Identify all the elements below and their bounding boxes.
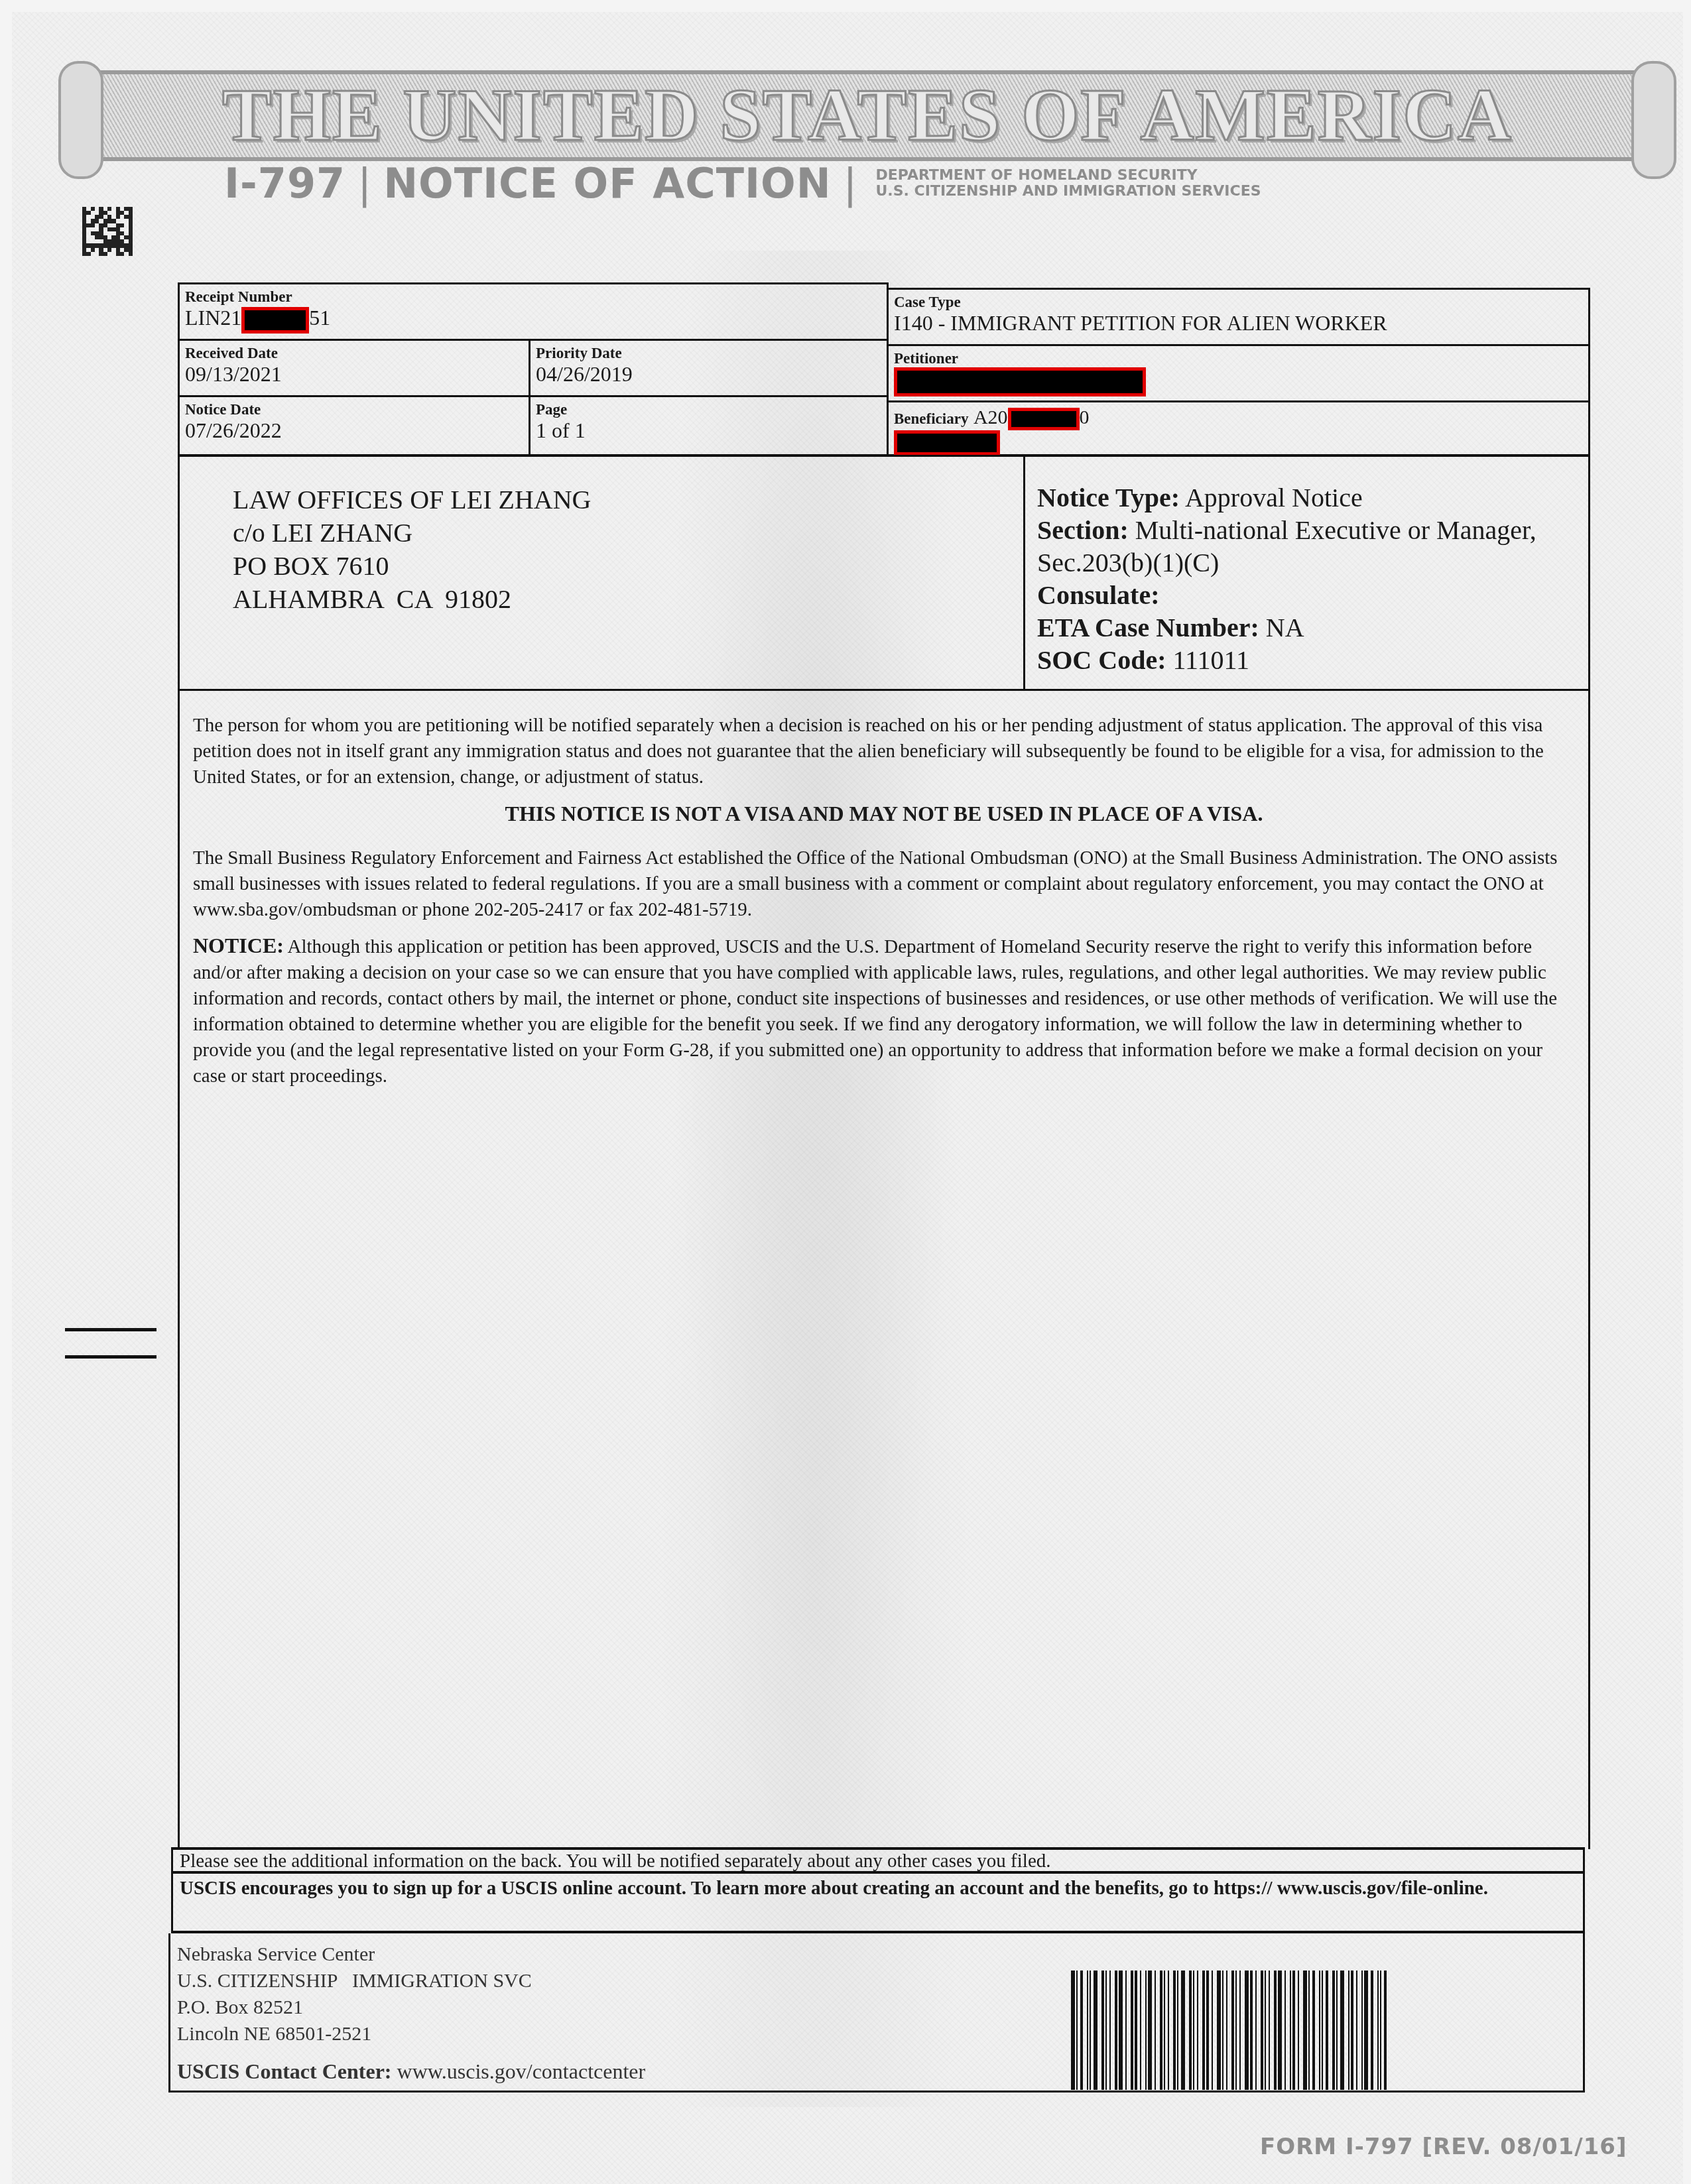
redaction-box (241, 307, 309, 334)
beneficiary-cell: Beneficiary A200 (887, 400, 1590, 456)
scroll-ornament-icon (58, 61, 103, 179)
notice-details: Notice Type: Approval Notice Section: Mu… (1023, 455, 1594, 691)
notice-page: THE UNITED STATES OF AMERICA I-797 | NOT… (12, 12, 1683, 2184)
ombudsman-paragraph: The Small Business Regulatory Enforcemen… (193, 845, 1579, 923)
soc-code: SOC Code: 111011 (1037, 644, 1594, 676)
address-line: c/o LEI ZHANG (233, 516, 592, 550)
section-line2: Sec.203(b)(1)(C) (1037, 546, 1594, 579)
form-number: I-797 (224, 159, 345, 208)
form-revision: FORM I-797 [REV. 08/01/16] (1260, 2134, 1627, 2160)
service-center-address: Nebraska Service Center U.S. CITIZENSHIP… (177, 1941, 532, 2047)
barcode-icon (1071, 1971, 1397, 2090)
receipt-number-cell: Receipt Number LIN2151 (178, 282, 889, 341)
priority-date-label: Priority Date (536, 345, 881, 362)
service-line: U.S. CITIZENSHIP IMMIGRATION SVC (177, 1968, 532, 1994)
notice-date-label: Notice Date (185, 401, 523, 418)
petitioner-cell: Petitioner (887, 344, 1590, 402)
online-account-bar: USCIS encourages you to sign up for a US… (171, 1874, 1585, 1933)
form-subheader: I-797 | NOTICE OF ACTION | DEPARTMENT OF… (224, 159, 1261, 208)
case-type-label: Case Type (894, 294, 1583, 311)
department-name: DEPARTMENT OF HOMELAND SECURITY U.S. CIT… (876, 168, 1261, 200)
receipt-number-label: Receipt Number (185, 288, 881, 306)
beneficiary-value: Beneficiary A200 (894, 406, 1583, 430)
petitioner-redaction (894, 367, 1146, 396)
department-line2: U.S. CITIZENSHIP AND IMMIGRATION SERVICE… (876, 183, 1261, 200)
service-line: P.O. Box 82521 (177, 1994, 532, 2021)
contact-center: USCIS Contact Center: www.uscis.gov/cont… (177, 2059, 645, 2084)
datamatrix-code-icon (82, 207, 133, 256)
eta-case-number: ETA Case Number: NA (1037, 611, 1594, 644)
banner-title: THE UNITED STATES OF AMERICA (222, 73, 1513, 158)
page-label: Page (536, 401, 881, 418)
service-center-box: Nebraska Service Center U.S. CITIZENSHIP… (168, 1933, 1585, 2093)
visa-warning: THIS NOTICE IS NOT A VISA AND MAY NOT BE… (180, 802, 1588, 826)
received-date: 09/13/2021 (185, 362, 523, 386)
department-line1: DEPARTMENT OF HOMELAND SECURITY (876, 167, 1198, 184)
additional-info-bar: Please see the additional information on… (171, 1847, 1585, 1874)
address-notice-box: LAW OFFICES OF LEI ZHANG c/o LEI ZHANG P… (178, 455, 1590, 691)
notice-date: 07/26/2022 (185, 418, 523, 442)
form-title: NOTICE OF ACTION (383, 159, 831, 208)
divider: | (357, 159, 371, 208)
beneficiary-name-redaction (894, 430, 1000, 455)
priority-date: 04/26/2019 (536, 362, 881, 386)
notice-body: The person for whom you are petitioning … (178, 689, 1590, 1849)
case-info-table: Receipt Number LIN2151 Case Type I140 - … (178, 282, 1590, 456)
address-line: ALHAMBRA CA 91802 (233, 583, 592, 616)
fold-marks (65, 1328, 157, 1382)
verification-notice-paragraph: NOTICE: Although this application or pet… (193, 933, 1579, 1089)
address-line: PO BOX 7610 (233, 550, 592, 583)
petition-paragraph: The person for whom you are petitioning … (193, 713, 1579, 790)
received-date-label: Received Date (185, 345, 523, 362)
case-type-cell: Case Type I140 - IMMIGRANT PETITION FOR … (887, 288, 1590, 346)
petitioner-label: Petitioner (894, 350, 1583, 367)
address-line: LAW OFFICES OF LEI ZHANG (233, 483, 592, 516)
service-line: Nebraska Service Center (177, 1941, 532, 1968)
consulate: Consulate: (1037, 579, 1594, 611)
mailing-address: LAW OFFICES OF LEI ZHANG c/o LEI ZHANG P… (233, 483, 592, 616)
page-value: 1 of 1 (536, 418, 881, 442)
service-line: Lincoln NE 68501-2521 (177, 2021, 532, 2047)
section: Section: Multi-national Executive or Man… (1037, 514, 1594, 546)
scroll-ornament-icon (1631, 61, 1676, 179)
receipt-number: LIN2151 (185, 306, 881, 334)
page-cell: Page 1 of 1 (529, 395, 889, 456)
case-type-value: I140 - IMMIGRANT PETITION FOR ALIEN WORK… (894, 311, 1583, 335)
notice-type: Notice Type: Approval Notice (1037, 481, 1594, 514)
header-banner: THE UNITED STATES OF AMERICA (85, 70, 1650, 161)
priority-date-cell: Priority Date 04/26/2019 (529, 339, 889, 397)
divider: | (844, 159, 857, 208)
notice-date-cell: Notice Date 07/26/2022 (178, 395, 531, 456)
redaction-box (1008, 408, 1080, 430)
received-date-cell: Received Date 09/13/2021 (178, 339, 531, 397)
